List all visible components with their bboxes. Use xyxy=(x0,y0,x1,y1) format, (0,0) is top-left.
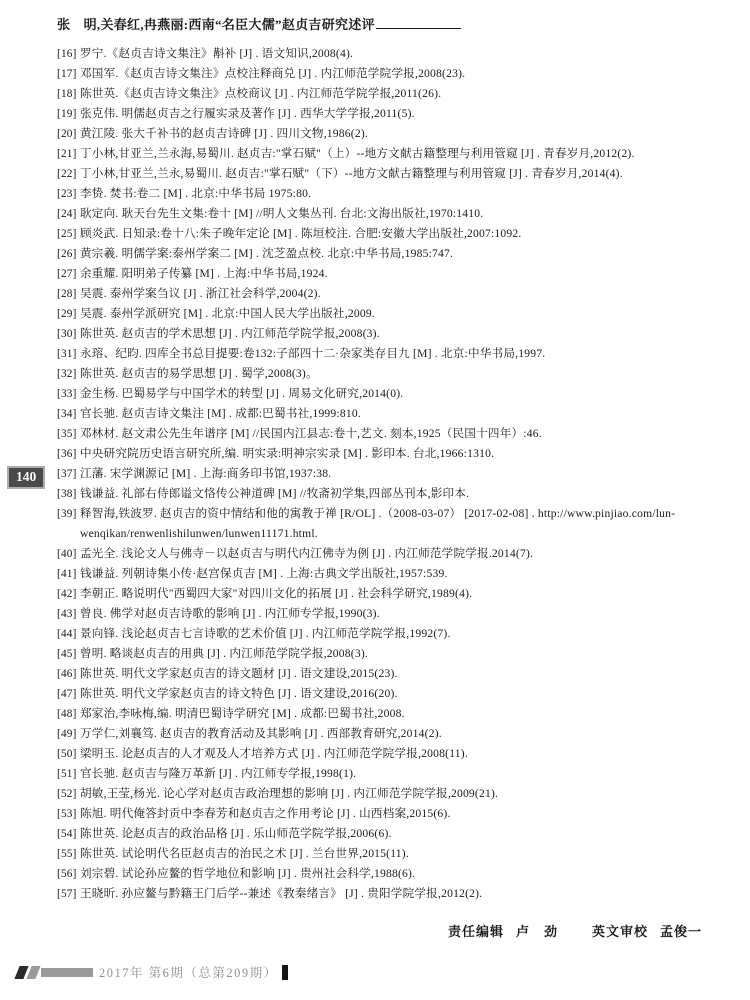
reference-number: [44] xyxy=(57,624,77,644)
reference-number: [47] xyxy=(57,684,77,704)
reference-text: 曾明. 略谈赵贞吉的用典 [J] . 内江师范学院学报,2008(3). xyxy=(80,647,368,660)
reference-item: [17]邓国军.《赵贞吉诗文集注》点校注释商兑 [J] . 内江师范学院学报,2… xyxy=(57,64,719,84)
journal-page: 张 明,关春红,冉燕丽:西南“名臣大儒”赵贞吉研究述评 [16]罗宁.《赵贞吉诗… xyxy=(0,0,750,1000)
reference-text: 吴震. 泰州学派研究 [M] . 北京:中国人民大学出版社,2009. xyxy=(80,307,375,320)
reference-number: [48] xyxy=(57,704,77,724)
reference-text: 邓国军.《赵贞吉诗文集注》点校注释商兑 [J] . 内江师范学院学报,2008(… xyxy=(80,67,465,80)
reference-item: [40]孟光全. 浅论文人与佛寺－以赵贞吉与明代内江佛寺为例 [J] . 内江师… xyxy=(57,544,719,564)
reference-text: 金生杨. 巴蜀易学与中国学术的转型 [J] . 周易文化研究,2014(0). xyxy=(80,387,403,400)
reference-text: 刘宗碧. 试论孙应鳌的哲学地位和影响 [J] . 贵州社会科学,1988(6). xyxy=(80,867,415,880)
reference-item: [50]梁明玉. 论赵贞吉的人才观及人才培养方式 [J] . 内江师范学院学报,… xyxy=(57,744,719,764)
reference-number: [20] xyxy=(57,124,77,144)
reference-number: [43] xyxy=(57,604,77,624)
reference-item: [47]陈世英. 明代文学家赵贞吉的诗文特色 [J] . 语文建设,2016(2… xyxy=(57,684,719,704)
reference-number: [34] xyxy=(57,404,77,424)
reference-text: 顾炎武. 日知录:卷十八:朱子晚年定论 [M] . 陈垣校注. 合肥:安徽大学出… xyxy=(80,227,522,240)
reference-number: [23] xyxy=(57,184,77,204)
reference-item: [21]丁小林,甘亚兰,兰永海,易蜀川. 赵贞吉:"掌石赋"（上）--地方文献古… xyxy=(57,144,719,164)
reference-number: [36] xyxy=(57,444,77,464)
reference-number: [21] xyxy=(57,144,77,164)
reference-text: 陈旭. 明代俺答封贡中李春芳和赵贞吉之作用考论 [J] . 山西档案,2015(… xyxy=(80,807,451,820)
reference-number: [28] xyxy=(57,284,77,304)
reference-number: [40] xyxy=(57,544,77,564)
reference-item: [52]胡敏,王莹,杨光. 论心学对赵贞吉政治理想的影响 [J] . 内江师范学… xyxy=(57,784,719,804)
reference-item: [23]李贽. 焚书:卷二 [M] . 北京:中华书局 1975:80. xyxy=(57,184,719,204)
reference-item: [37]江藩. 宋学渊源记 [M] . 上海:商务印书馆,1937:38. xyxy=(57,464,719,484)
reference-item: [28]吴震. 泰州学案刍议 [J] . 浙江社会科学,2004(2). xyxy=(57,284,719,304)
responsible-editor-label: 责任编辑 xyxy=(448,924,504,939)
reference-item: [36]中央研究院历史语言研究所,编. 明实录:明神宗实录 [M] . 影印本.… xyxy=(57,444,719,464)
reference-text: 丁小林,甘亚兰,兰永,易蜀川. 赵贞吉:"掌石赋"（下）--地方文献古籍整理与利… xyxy=(80,167,623,180)
reference-text: 陈世英. 明代文学家赵贞吉的诗文特色 [J] . 语文建设,2016(20). xyxy=(80,687,398,700)
reference-number: [46] xyxy=(57,664,77,684)
reference-number: [54] xyxy=(57,824,77,844)
reference-item: [34]官长驰. 赵贞吉诗文集注 [M] . 成都:巴蜀书社,1999:810. xyxy=(57,404,719,424)
reference-item: [35]邓林材. 赵文肃公先生年谱序 [M] //民国内江县志:卷十,艺文. 刻… xyxy=(57,424,719,444)
reference-item: [42]李朝正. 略说明代"西蜀四大家"对四川文化的拓展 [J] . 社会科学研… xyxy=(57,584,719,604)
reference-text: 陈世英. 论赵贞吉的政治品格 [J] . 乐山师范学院学报,2006(6). xyxy=(80,827,392,840)
deco-lead-bar xyxy=(41,968,93,977)
reference-text: 黄江陵. 张大千补书的赵贞吉诗碑 [J] . 四川文物,1986(2). xyxy=(80,127,368,140)
reference-text: 耿定向. 耿天台先生文集:卷十 [M] //明人文集丛刊. 台北:文海出版社,1… xyxy=(80,207,483,220)
reference-text: 郑家治,李咏梅,编. 明清巴蜀诗学研究 [M] . 成都:巴蜀书社,2008. xyxy=(80,707,405,720)
reference-number: [51] xyxy=(57,764,77,784)
reference-number: [33] xyxy=(57,384,77,404)
reference-item: [51]官长驰. 赵贞吉与隆万革新 [J] . 内江师专学报,1998(1). xyxy=(57,764,719,784)
reference-text: 罗宁.《赵贞吉诗文集注》斠补 [J] . 语文知识,2008(4). xyxy=(80,47,353,60)
reference-item: [32]陈世英. 赵贞吉的易学思想 [J] . 蜀学,2008(3)。 xyxy=(57,364,719,384)
reference-number: [57] xyxy=(57,884,77,904)
reference-item: [16]罗宁.《赵贞吉诗文集注》斠补 [J] . 语文知识,2008(4). xyxy=(57,44,719,64)
reference-item: [38]钱谦益. 礼部右侍郎谥文恪传公神道碑 [M] //牧斋初学集,四部丛刊本… xyxy=(57,484,719,504)
reference-item: [39]释智海,铁波罗. 赵贞吉的资中情结和他的寓教于禅 [R/OL] .（20… xyxy=(57,504,719,544)
reference-text: 万学仁,刘襄笃. 赵贞吉的教育活动及其影响 [J] . 西部教育研究,2014(… xyxy=(80,727,442,740)
reference-number: [35] xyxy=(57,424,77,444)
reference-text: 陈世英. 赵贞吉的易学思想 [J] . 蜀学,2008(3)。 xyxy=(80,367,318,380)
reference-number: [19] xyxy=(57,104,77,124)
reference-item: [44]景向锋. 浅论赵贞吉七言诗歌的艺术价值 [J] . 内江师范学院学报,1… xyxy=(57,624,719,644)
reference-item: [31]永瑢、纪昀. 四库全书总目提要:卷132:子部四十二·杂家类存目九 [M… xyxy=(57,344,719,364)
reference-item: [54]陈世英. 论赵贞吉的政治品格 [J] . 乐山师范学院学报,2006(6… xyxy=(57,824,719,844)
reference-number: [50] xyxy=(57,744,77,764)
reference-number: [56] xyxy=(57,864,77,884)
issue-text: 2017年 第6期（总第209期） xyxy=(99,963,278,981)
reference-number: [26] xyxy=(57,244,77,264)
reference-number: [53] xyxy=(57,804,77,824)
reference-item: [24]耿定向. 耿天台先生文集:卷十 [M] //明人文集丛刊. 台北:文海出… xyxy=(57,204,719,224)
reference-text: 王晓昕. 孙应鳌与黔籍王门后学--兼述《教秦绪言》 [J] . 贵阳学院学报,2… xyxy=(80,887,482,900)
reference-item: [18]陈世英.《赵贞吉诗文集注》点校商议 [J] . 内江师范学院学报,201… xyxy=(57,84,719,104)
reference-item: [49]万学仁,刘襄笃. 赵贞吉的教育活动及其影响 [J] . 西部教育研究,2… xyxy=(57,724,719,744)
reference-number: [45] xyxy=(57,644,77,664)
reference-text: 中央研究院历史语言研究所,编. 明实录:明神宗实录 [M] . 影印本. 台北,… xyxy=(80,447,494,460)
reference-text: 黄宗羲. 明儒学案:泰州学案二 [M] . 沈芝盈点校. 北京:中华书局,198… xyxy=(80,247,453,260)
reference-item: [46]陈世英. 明代文学家赵贞吉的诗文题材 [J] . 语文建设,2015(2… xyxy=(57,664,719,684)
reference-number: [32] xyxy=(57,364,77,384)
reference-text: 李朝正. 略说明代"西蜀四大家"对四川文化的拓展 [J] . 社会科学研究,19… xyxy=(80,587,472,600)
editors-line: 责任编辑卢 劲英文审校孟俊一 xyxy=(448,921,702,940)
reference-text: 陈世英. 试论明代名臣赵贞吉的治民之术 [J] . 兰台世界,2015(11). xyxy=(80,847,409,860)
running-header: 张 明,关春红,冉燕丽:西南“名臣大儒”赵贞吉研究述评 xyxy=(57,14,717,33)
issue-bar: 2017年 第6期（总第209期） xyxy=(17,963,288,981)
reference-number: [52] xyxy=(57,784,77,804)
reference-number: [42] xyxy=(57,584,77,604)
page-number-badge: 140 xyxy=(7,466,45,489)
reference-item: [29]吴震. 泰州学派研究 [M] . 北京:中国人民大学出版社,2009. xyxy=(57,304,719,324)
reference-item: [19]张克伟. 明儒赵贞吉之行履实录及著作 [J] . 西华大学学报,2011… xyxy=(57,104,719,124)
reference-text: 官长驰. 赵贞吉与隆万革新 [J] . 内江师专学报,1998(1). xyxy=(80,767,356,780)
reference-item: [26]黄宗羲. 明儒学案:泰州学案二 [M] . 沈芝盈点校. 北京:中华书局… xyxy=(57,244,719,264)
reference-number: [16] xyxy=(57,44,77,64)
reference-number: [39] xyxy=(57,504,77,524)
reference-text: 钱谦益. 列朝诗集小传·赵宫保贞吉 [M] . 上海:古典文学出版社,1957:… xyxy=(80,567,448,580)
reference-text: 永瑢、纪昀. 四库全书总目提要:卷132:子部四十二·杂家类存目九 [M] . … xyxy=(80,347,545,360)
reference-item: [45]曾明. 略谈赵贞吉的用典 [J] . 内江师范学院学报,2008(3). xyxy=(57,644,719,664)
english-proofreader-name: 孟俊一 xyxy=(660,924,702,939)
reference-text: 吴震. 泰州学案刍议 [J] . 浙江社会科学,2004(2). xyxy=(80,287,321,300)
reference-number: [41] xyxy=(57,564,77,584)
reference-text: 景向锋. 浅论赵贞吉七言诗歌的艺术价值 [J] . 内江师范学院学报,1992(… xyxy=(80,627,451,640)
reference-item: [25]顾炎武. 日知录:卷十八:朱子晚年定论 [M] . 陈垣校注. 合肥:安… xyxy=(57,224,719,244)
reference-text: 陈世英.《赵贞吉诗文集注》点校商议 [J] . 内江师范学院学报,2011(26… xyxy=(80,87,441,100)
reference-item: [41]钱谦益. 列朝诗集小传·赵宫保贞吉 [M] . 上海:古典文学出版社,1… xyxy=(57,564,719,584)
deco-slash-gray-icon xyxy=(26,966,40,979)
reference-number: [49] xyxy=(57,724,77,744)
reference-text: 陈世英. 明代文学家赵贞吉的诗文题材 [J] . 语文建设,2015(23). xyxy=(80,667,398,680)
reference-item: [30]陈世英. 赵贞吉的学术思想 [J] . 内江师范学院学报,2008(3)… xyxy=(57,324,719,344)
reference-number: [29] xyxy=(57,304,77,324)
reference-text: 张克伟. 明儒赵贞吉之行履实录及著作 [J] . 西华大学学报,2011(5). xyxy=(80,107,415,120)
reference-item: [43]曾良. 佛学对赵贞吉诗歌的影响 [J] . 内江师专学报,1990(3)… xyxy=(57,604,719,624)
running-header-text: 张 明,关春红,冉燕丽:西南“名臣大儒”赵贞吉研究述评 xyxy=(57,17,375,32)
reference-item: [33]金生杨. 巴蜀易学与中国学术的转型 [J] . 周易文化研究,2014(… xyxy=(57,384,719,404)
reference-item: [53]陈旭. 明代俺答封贡中李春芳和赵贞吉之作用考论 [J] . 山西档案,2… xyxy=(57,804,719,824)
reference-number: [24] xyxy=(57,204,77,224)
reference-text: 陈世英. 赵贞吉的学术思想 [J] . 内江师范学院学报,2008(3). xyxy=(80,327,380,340)
reference-text: 邓林材. 赵文肃公先生年谱序 [M] //民国内江县志:卷十,艺文. 刻本,19… xyxy=(80,427,542,440)
reference-text: 梁明玉. 论赵贞吉的人才观及人才培养方式 [J] . 内江师范学院学报,2008… xyxy=(80,747,468,760)
reference-number: [27] xyxy=(57,264,77,284)
reference-item: [27]余重耀. 阳明弟子传纂 [M] . 上海:中华书局,1924. xyxy=(57,264,719,284)
deco-end-cap-bar xyxy=(282,965,288,980)
reference-text: 余重耀. 阳明弟子传纂 [M] . 上海:中华书局,1924. xyxy=(80,267,328,280)
reference-text: 释智海,铁波罗. 赵贞吉的资中情结和他的寓教于禅 [R/OL] .（2008-0… xyxy=(80,507,675,540)
reference-number: [22] xyxy=(57,164,77,184)
reference-item: [57]王晓昕. 孙应鳌与黔籍王门后学--兼述《教秦绪言》 [J] . 贵阳学院… xyxy=(57,884,719,904)
reference-number: [38] xyxy=(57,484,77,504)
english-proofreader-label: 英文审校 xyxy=(592,924,648,939)
reference-number: [17] xyxy=(57,64,77,84)
responsible-editor-name: 卢 劲 xyxy=(516,924,558,939)
reference-item: [55]陈世英. 试论明代名臣赵贞吉的治民之术 [J] . 兰台世界,2015(… xyxy=(57,844,719,864)
reference-number: [31] xyxy=(57,344,77,364)
references-list: [16]罗宁.《赵贞吉诗文集注》斠补 [J] . 语文知识,2008(4).[1… xyxy=(57,44,719,904)
reference-item: [56]刘宗碧. 试论孙应鳌的哲学地位和影响 [J] . 贵州社会科学,1988… xyxy=(57,864,719,884)
reference-item: [48]郑家治,李咏梅,编. 明清巴蜀诗学研究 [M] . 成都:巴蜀书社,20… xyxy=(57,704,719,724)
reference-item: [20]黄江陵. 张大千补书的赵贞吉诗碑 [J] . 四川文物,1986(2). xyxy=(57,124,719,144)
reference-item: [22]丁小林,甘亚兰,兰永,易蜀川. 赵贞吉:"掌石赋"（下）--地方文献古籍… xyxy=(57,164,719,184)
reference-number: [25] xyxy=(57,224,77,244)
reference-text: 李贽. 焚书:卷二 [M] . 北京:中华书局 1975:80. xyxy=(80,187,311,200)
header-underline xyxy=(376,18,461,29)
reference-text: 丁小林,甘亚兰,兰永海,易蜀川. 赵贞吉:"掌石赋"（上）--地方文献古籍整理与… xyxy=(80,147,635,160)
reference-text: 孟光全. 浅论文人与佛寺－以赵贞吉与明代内江佛寺为例 [J] . 内江师范学院学… xyxy=(80,547,533,560)
reference-text: 钱谦益. 礼部右侍郎谥文恪传公神道碑 [M] //牧斋初学集,四部丛刊本,影印本… xyxy=(80,487,469,500)
reference-text: 江藩. 宋学渊源记 [M] . 上海:商务印书馆,1937:38. xyxy=(80,467,331,480)
reference-text: 胡敏,王莹,杨光. 论心学对赵贞吉政治理想的影响 [J] . 内江师范学院学报,… xyxy=(80,787,498,800)
reference-text: 官长驰. 赵贞吉诗文集注 [M] . 成都:巴蜀书社,1999:810. xyxy=(80,407,361,420)
reference-text: 曾良. 佛学对赵贞吉诗歌的影响 [J] . 内江师专学报,1990(3). xyxy=(80,607,380,620)
reference-number: [37] xyxy=(57,464,77,484)
reference-number: [55] xyxy=(57,844,77,864)
reference-number: [18] xyxy=(57,84,77,104)
reference-number: [30] xyxy=(57,324,77,344)
